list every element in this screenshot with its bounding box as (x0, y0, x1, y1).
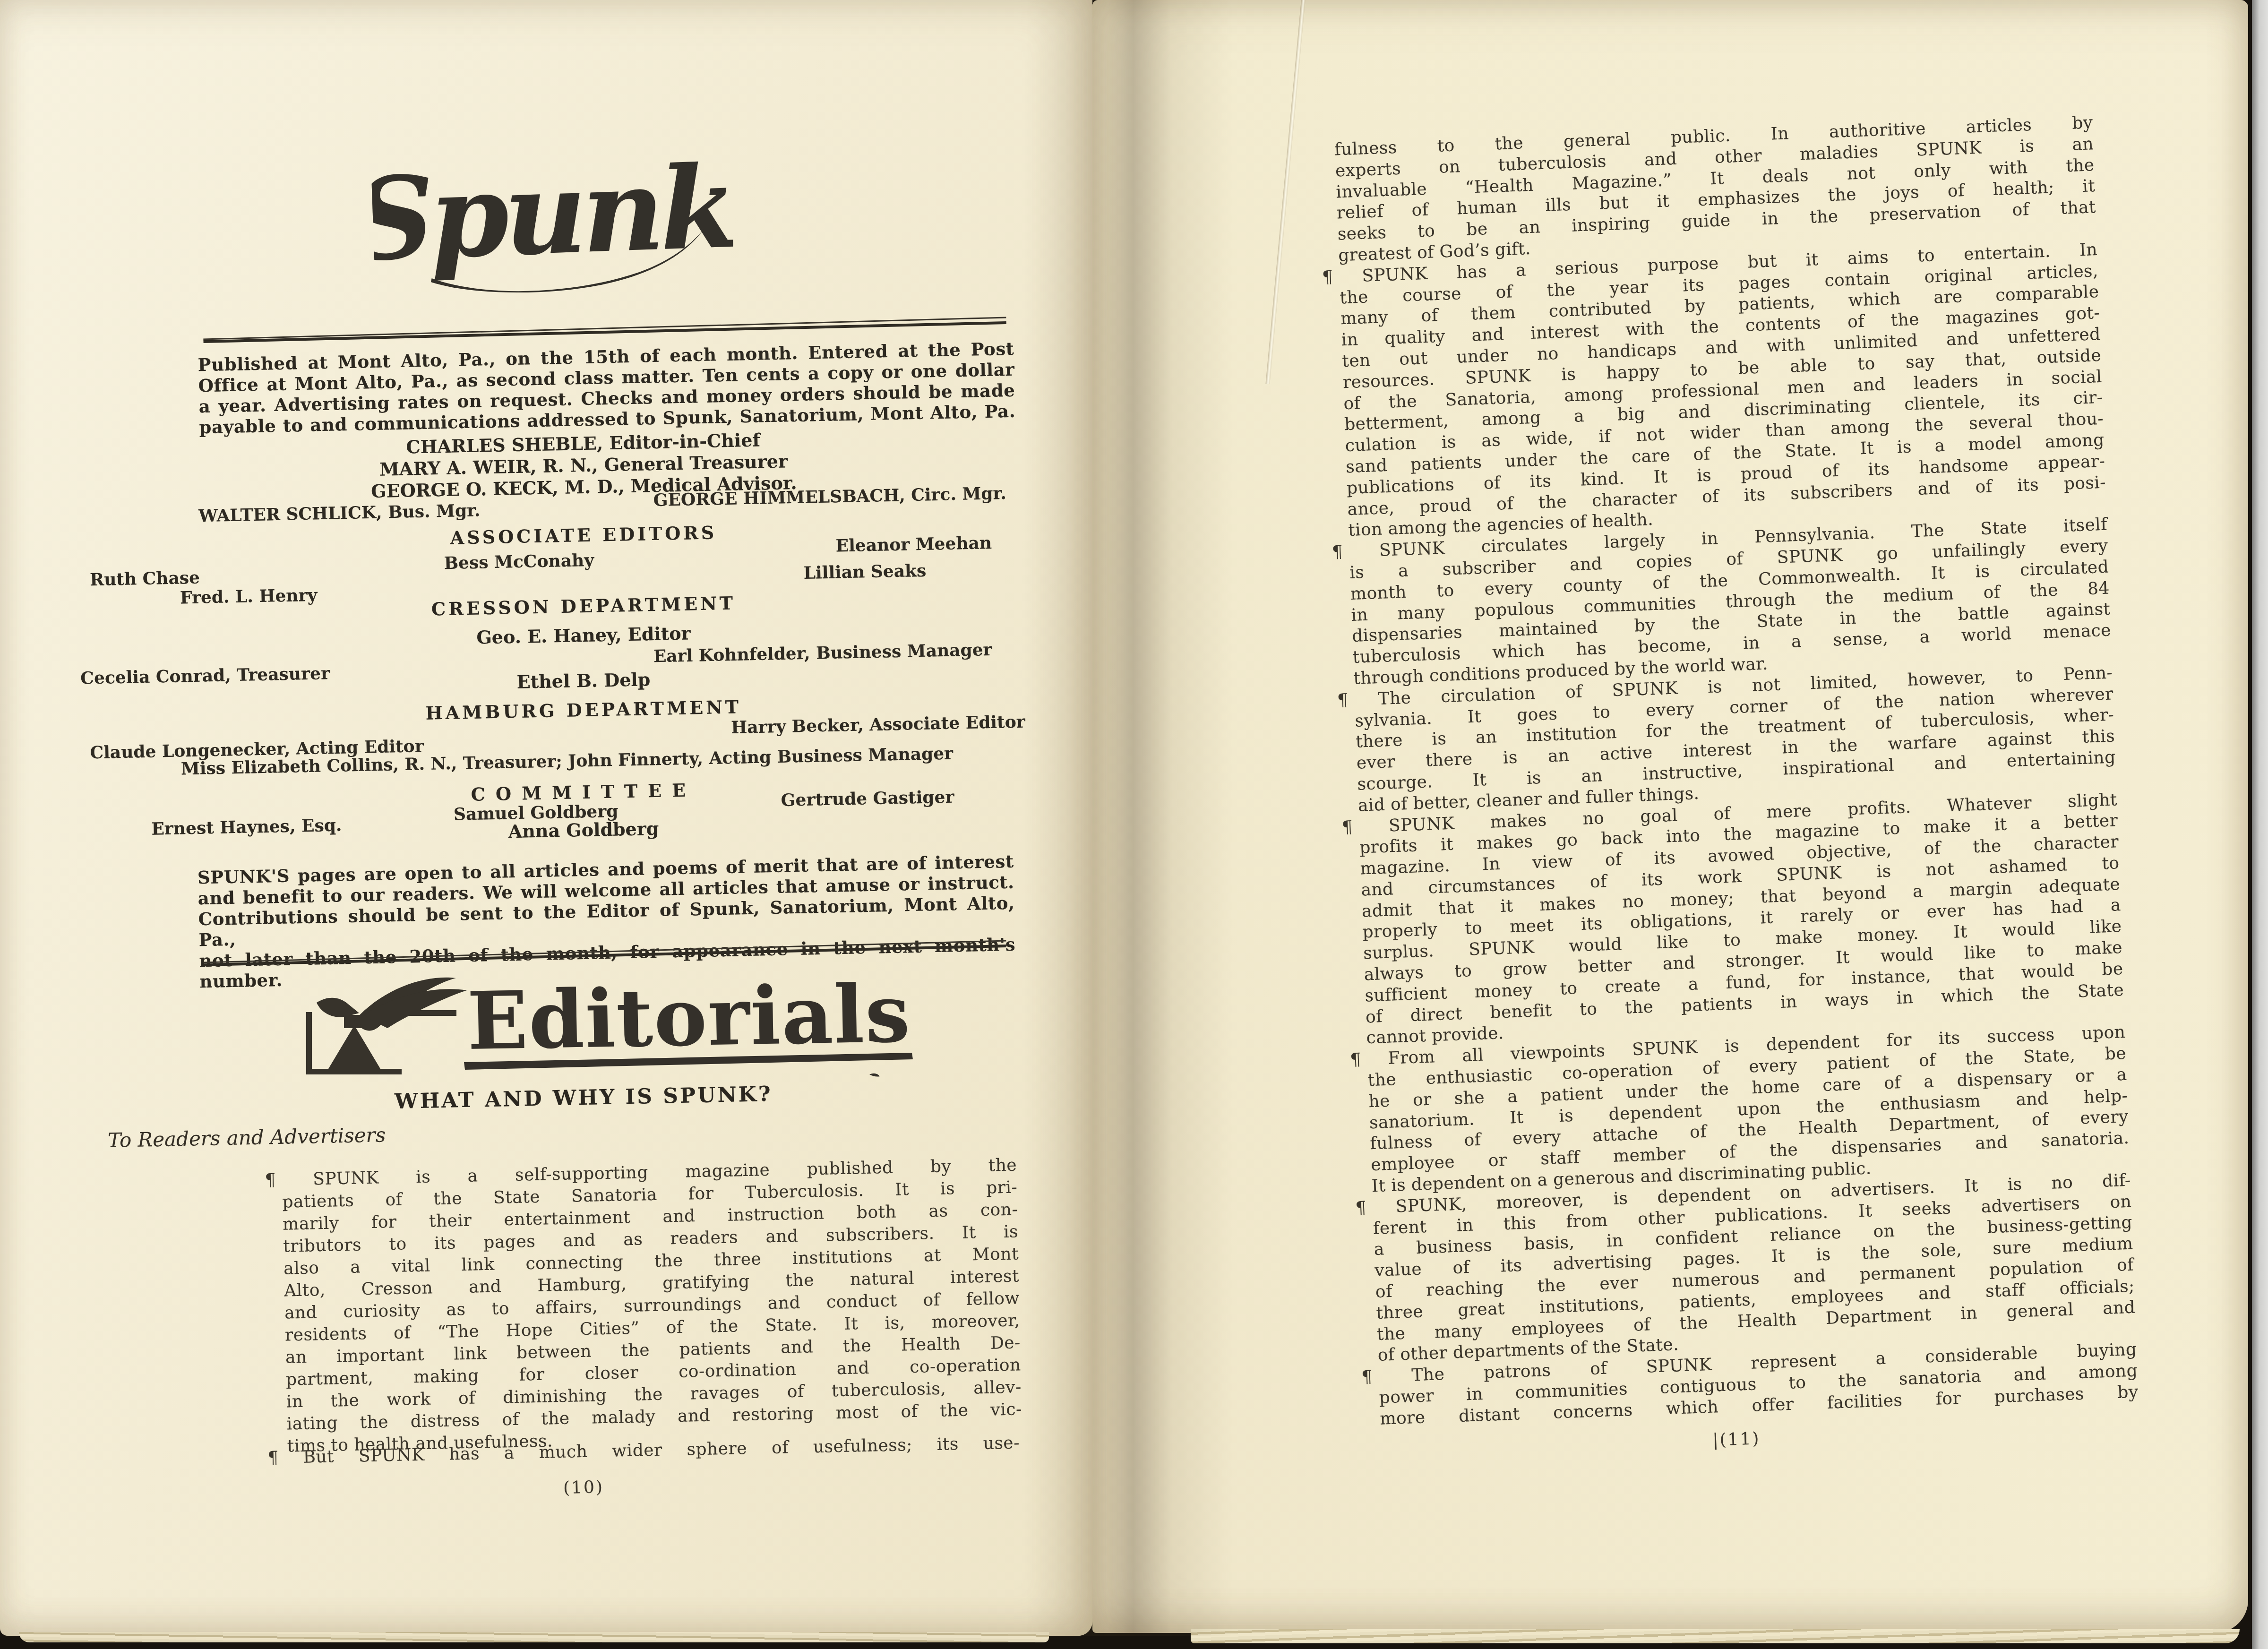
page-edge-stack (19, 1632, 1049, 1642)
book-scan: Spunk Published at Mont Alto, Pa., on th… (0, 0, 2268, 1649)
underline-tick (869, 1074, 880, 1077)
scanner-bed-edge (2252, 0, 2268, 1649)
editorial-paragraph-1: ¶ SPUNK is a self-supporting magazine pu… (282, 1154, 1022, 1457)
imprint-block: Published at Mont Alto, Pa., on the 15th… (198, 338, 1015, 438)
associate-editor: Ruth Chase (90, 568, 200, 590)
editorials-header: Editorials (283, 970, 973, 1083)
hamburg-associate-editor: Harry Becker, Associate Editor (731, 712, 1025, 738)
associate-editor: Eleanor Meehan (835, 533, 992, 556)
editorials-wordmark: Editorials (283, 970, 973, 1083)
editorials-title: Editorials (466, 970, 911, 1068)
associate-editor: Lillian Seaks (803, 561, 926, 583)
spunk-logo: Spunk (370, 126, 735, 327)
page-11-text-column: fulness to the general public. In author… (1334, 112, 2139, 1430)
spunk-script-logo: Spunk (370, 126, 735, 327)
quill-inkwell-icon (306, 978, 467, 1074)
committee-member: Gertrude Gastiger (781, 787, 954, 810)
page-edge-stack (1191, 1629, 2240, 1643)
logo-text: Spunk (370, 140, 735, 287)
associate-editor: Bess McConahy (444, 550, 594, 573)
